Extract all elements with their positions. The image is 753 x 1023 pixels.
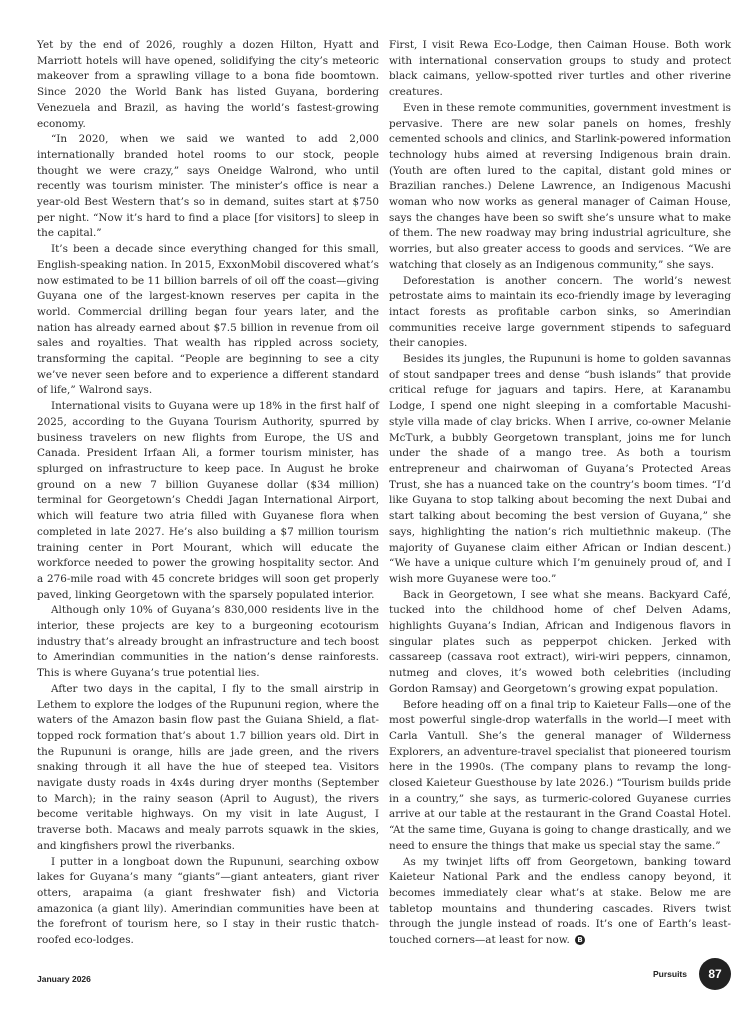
paragraph: After two days in the capital, I fly to …: [37, 682, 379, 855]
paragraph: Besides its jungles, the Rupununi is hom…: [389, 352, 731, 588]
paragraph: First, I visit Rewa Eco-Lodge, then Caim…: [389, 38, 731, 101]
paragraph: Back in Georgetown, I see what she means…: [389, 588, 731, 698]
section-name: Pursuits: [653, 969, 687, 979]
paragraph: Even in these remote communities, govern…: [389, 101, 731, 274]
page-footer: January 2026 Pursuits 87: [37, 958, 731, 988]
left-column: Yet by the end of 2026, roughly a dozen …: [37, 38, 379, 949]
paragraph: Yet by the end of 2026, roughly a dozen …: [37, 38, 379, 132]
article-body: Yet by the end of 2026, roughly a dozen …: [37, 38, 731, 949]
paragraph: Before heading off on a final trip to Ka…: [389, 698, 731, 855]
paragraph-text: As my twinjet lifts off from Georgetown,…: [389, 856, 731, 947]
paragraph: Deforestation is another concern. The wo…: [389, 274, 731, 353]
magazine-page: Yet by the end of 2026, roughly a dozen …: [37, 38, 731, 949]
page-number-badge: 87: [699, 958, 731, 990]
paragraph: It’s been a decade since everything chan…: [37, 242, 379, 399]
right-column: First, I visit Rewa Eco-Lodge, then Caim…: [389, 38, 731, 949]
paragraph: I putter in a longboat down the Rupununi…: [37, 855, 379, 949]
paragraph: Although only 10% of Guyana’s 830,000 re…: [37, 603, 379, 682]
page-number: 87: [708, 967, 721, 981]
paragraph: International visits to Guyana were up 1…: [37, 399, 379, 603]
footer-right: Pursuits 87: [653, 958, 731, 990]
paragraph-final: As my twinjet lifts off from Georgetown,…: [389, 855, 731, 949]
paragraph: “In 2020, when we said we wanted to add …: [37, 132, 379, 242]
end-mark-icon: B: [575, 935, 585, 945]
issue-date: January 2026: [37, 974, 91, 984]
